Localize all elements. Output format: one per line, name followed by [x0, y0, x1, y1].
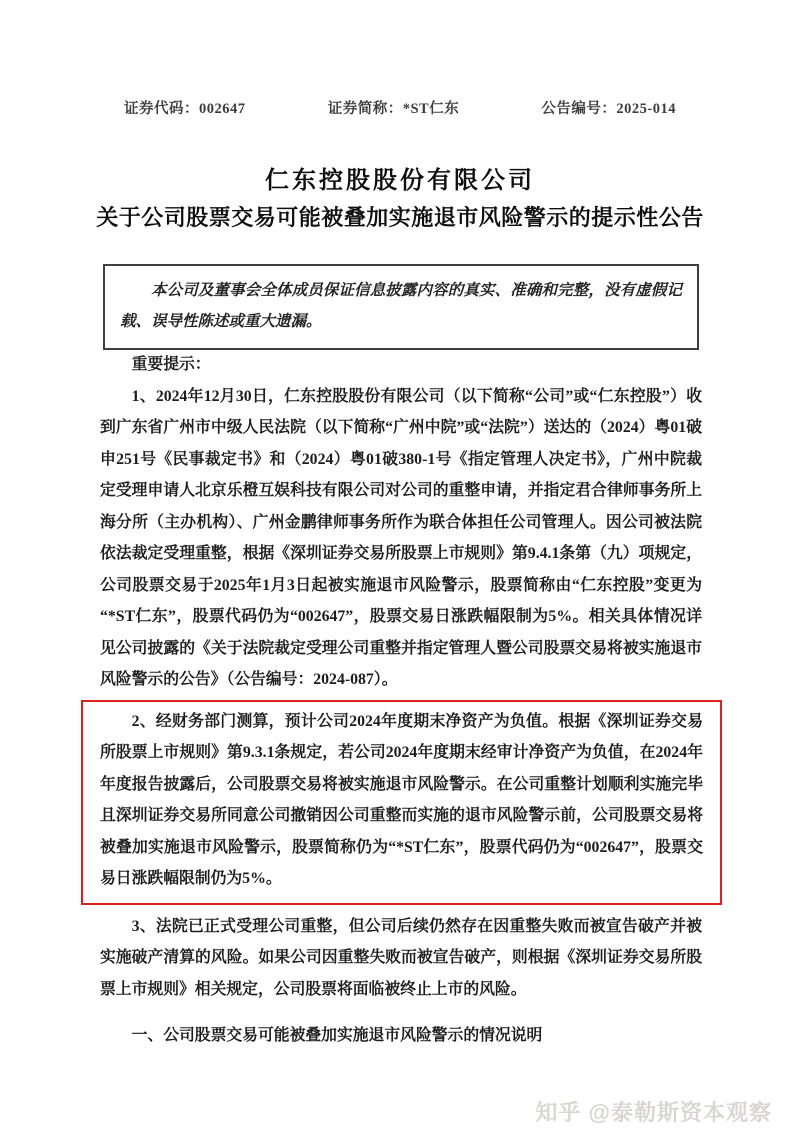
paragraph-1: 1、2024年12月30日，仁东控股股份有限公司（以下简称“公司”或“仁东控股”…: [100, 381, 702, 696]
document-header: 证券代码：002647 证券简称：*ST仁东 公告编号：2025-014: [124, 97, 676, 118]
disclaimer-text: 本公司及董事会全体成员保证信息披露内容的真实、准确和完整，没有虚假记载、误导性陈…: [120, 275, 682, 337]
stock-code: 证券代码：002647: [124, 97, 246, 118]
section-heading: 一、公司股票交易可能被叠加实施退市风险警示的情况说明: [100, 1005, 702, 1052]
paragraph-3: 3、法院已正式受理公司重整，但公司后续仍然存在因重整失败而被宣告破产并被实施破产…: [100, 911, 702, 1006]
important-notice-label: 重要提示：: [100, 349, 702, 381]
red-highlight-box: 2、经财务部门测算，预计公司2024年度期末净资产为负值。根据《深圳证券交易所股…: [81, 700, 722, 905]
announcement-page: 证券代码：002647 证券简称：*ST仁东 公告编号：2025-014 仁东控…: [0, 0, 800, 1142]
announcement-number: 公告编号：2025-014: [541, 97, 676, 118]
company-title: 仁东控股股份有限公司: [0, 160, 800, 195]
announcement-title: 关于公司股票交易可能被叠加实施退市风险警示的提示性公告: [0, 201, 800, 232]
paragraph-2-highlighted: 2、经财务部门测算，预计公司2024年度期末净资产为负值。根据《深圳证券交易所股…: [100, 706, 703, 895]
announcement-body: 重要提示： 1、2024年12月30日，仁东控股股份有限公司（以下简称“公司”或…: [100, 349, 702, 1052]
disclaimer-box: 本公司及董事会全体成员保证信息披露内容的真实、准确和完整，没有虚假记载、误导性陈…: [103, 264, 699, 350]
stock-name: 证券简称：*ST仁东: [328, 97, 460, 118]
zhihu-watermark: 知乎 @泰勒斯资本观察: [535, 1096, 772, 1127]
